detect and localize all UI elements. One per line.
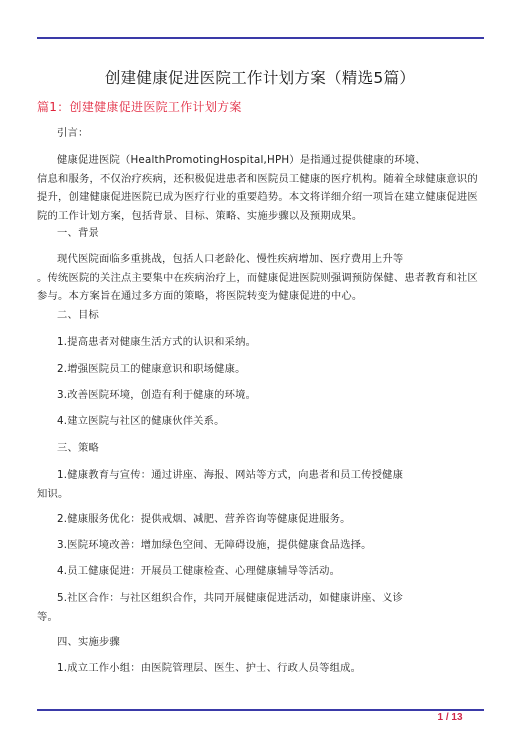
goal-item-3: 3.改善医院环境，创造有利于健康的环境。 [37,386,484,405]
strategy-item-1: 1.健康教育与宣传：通过讲座、海报、网站等方式，向患者和员工传授健康 知识。 [37,466,484,503]
document-title: 创建健康促进医院工作计划方案（精选5篇） [0,66,520,88]
heading-background: 一、背景 [37,224,484,243]
goal-item-4: 4.建立医院与社区的健康伙伴关系。 [37,412,484,431]
strategy-item-4: 4.员工健康促进：开展员工健康检查、心理健康辅导等活动。 [37,562,484,581]
strategy-item-3: 3.医院环境改善：增加绿色空间、无障碍设施，提供健康食品选择。 [37,536,484,555]
paragraph-background: 现代医院面临多重挑战，包括人口老龄化、慢性疾病增加、医疗费用上升等 。传统医院的… [37,250,484,306]
paragraph-intro-label: 引言： [37,124,484,143]
paragraph-intro: 健康促进医院（HealthPromotingHospital,HPH）是指通过提… [37,151,484,225]
implementation-item-1: 1.成立工作小组：由医院管理层、医生、护士、行政人员等组成。 [37,659,484,678]
goal-item-2: 2.增强医院员工的健康意识和职场健康。 [37,360,484,379]
heading-goals: 二、目标 [37,306,484,325]
section-subtitle: 篇1：创建健康促进医院工作计划方案 [37,98,242,115]
footer-rule [37,709,484,711]
strategy-item-2: 2.健康服务优化：提供戒烟、减肥、营养咨询等健康促进服务。 [37,510,484,529]
header-rule [37,37,484,39]
heading-implementation: 四、实施步骤 [37,633,484,652]
strategy-item-5: 5.社区合作：与社区组织合作，共同开展健康促进活动，如健康讲座、义诊 等。 [37,589,484,626]
goal-item-1: 1.提高患者对健康生活方式的认识和采纳。 [37,333,484,352]
page-number: 1 / 13 [420,712,480,723]
heading-strategy: 三、策略 [37,439,484,458]
